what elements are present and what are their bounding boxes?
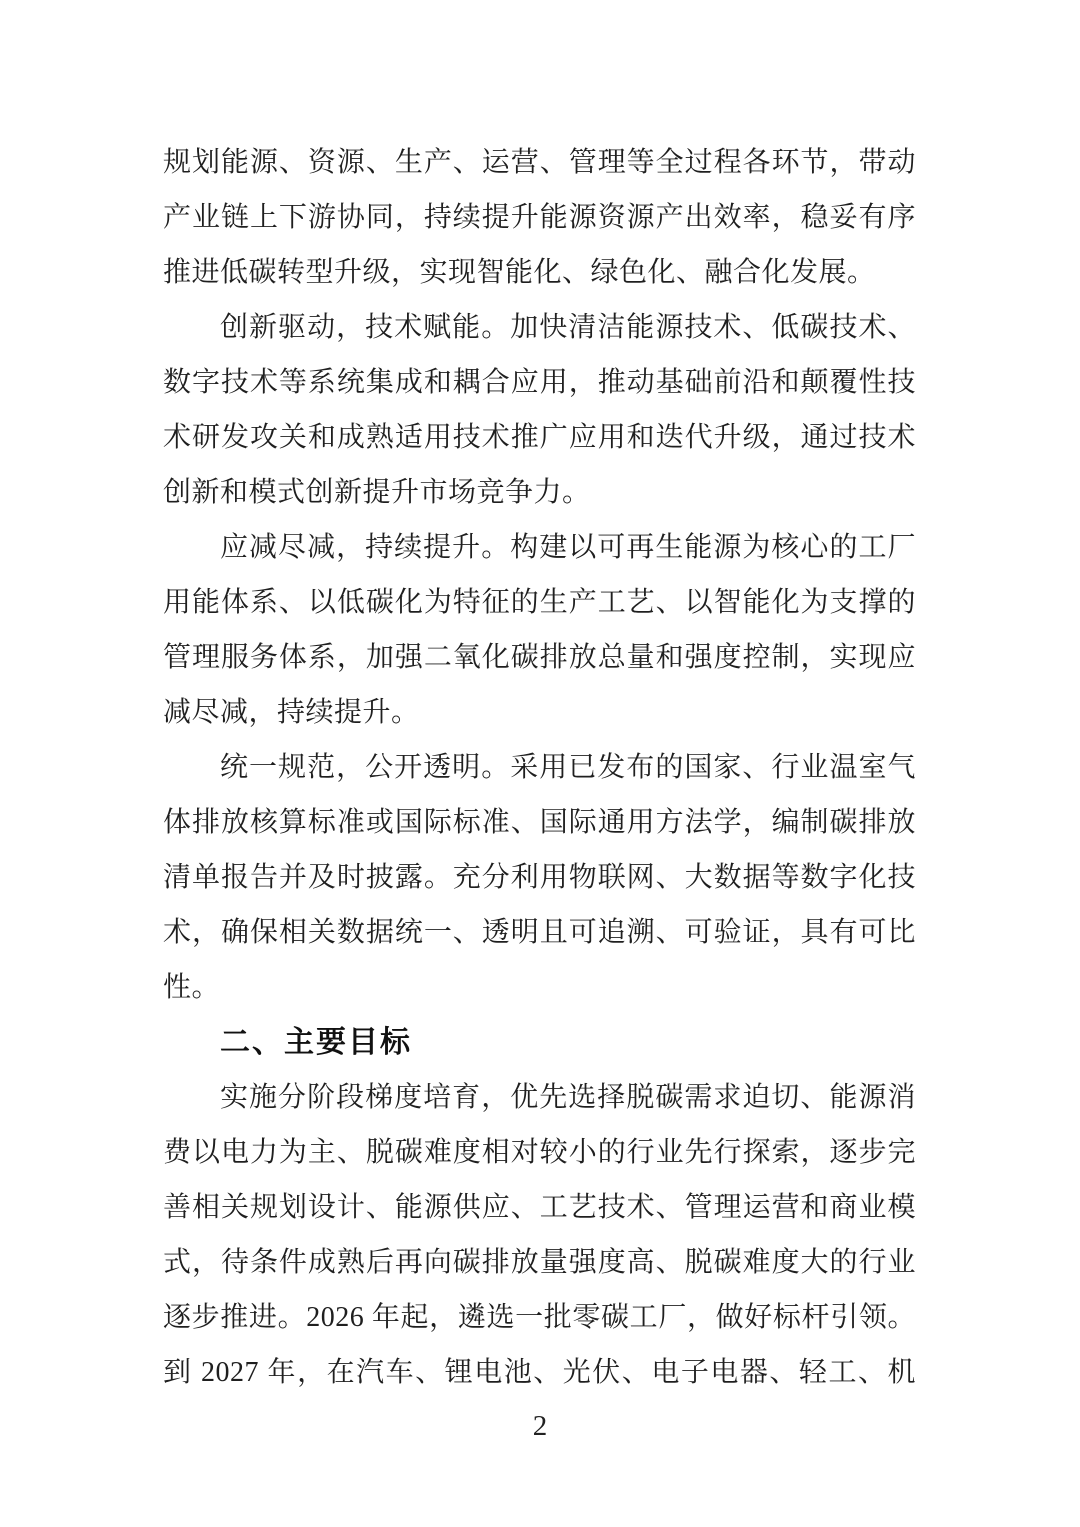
text-line: 术，确保相关数据统一、透明且可追溯、可验证，具有可比 [163, 905, 916, 960]
page-number: 2 [533, 1410, 548, 1442]
text-line: 体排放核算标准或国际标准、国际通用方法学，编制碳排放 [163, 795, 916, 850]
text-line: 性。 [163, 960, 916, 1015]
text-line: 善相关规划设计、能源供应、工艺技术、管理运营和商业模 [163, 1180, 916, 1235]
text-line: 统一规范，公开透明。采用已发布的国家、行业温室气 [163, 740, 916, 795]
text-line: 清单报告并及时披露。充分利用物联网、大数据等数字化技 [163, 850, 916, 905]
document-page: 规划能源、资源、生产、运营、管理等全过程各环节，带动产业链上下游协同，持续提升能… [0, 0, 1080, 1527]
document-body: 规划能源、资源、生产、运营、管理等全过程各环节，带动产业链上下游协同，持续提升能… [163, 135, 916, 1400]
text-line: 规划能源、资源、生产、运营、管理等全过程各环节，带动 [163, 135, 916, 190]
text-line: 数字技术等系统集成和耦合应用，推动基础前沿和颠覆性技 [163, 355, 916, 410]
section-heading: 二、主要目标 [163, 1015, 916, 1070]
text-line: 创新和模式创新提升市场竞争力。 [163, 465, 916, 520]
text-line: 产业链上下游协同，持续提升能源资源产出效率，稳妥有序 [163, 190, 916, 245]
text-line: 推进低碳转型升级，实现智能化、绿色化、融合化发展。 [163, 245, 916, 300]
text-line: 实施分阶段梯度培育，优先选择脱碳需求迫切、能源消 [163, 1070, 916, 1125]
text-line: 式，待条件成熟后再向碳排放量强度高、脱碳难度大的行业 [163, 1235, 916, 1290]
text-line: 减尽减，持续提升。 [163, 685, 916, 740]
text-line: 到 2027 年，在汽车、锂电池、光伏、电子电器、轻工、机 [163, 1345, 916, 1400]
text-line: 用能体系、以低碳化为特征的生产工艺、以智能化为支撑的 [163, 575, 916, 630]
text-line: 管理服务体系，加强二氧化碳排放总量和强度控制，实现应 [163, 630, 916, 685]
page-footer: 2 [0, 1410, 1080, 1443]
text-line: 应减尽减，持续提升。构建以可再生能源为核心的工厂 [163, 520, 916, 575]
text-line: 术研发攻关和成熟适用技术推广应用和迭代升级，通过技术 [163, 410, 916, 465]
text-line: 费以电力为主、脱碳难度相对较小的行业先行探索，逐步完 [163, 1125, 916, 1180]
text-line: 逐步推进。2026 年起，遴选一批零碳工厂，做好标杆引领。 [163, 1290, 916, 1345]
text-line: 创新驱动，技术赋能。加快清洁能源技术、低碳技术、 [163, 300, 916, 355]
